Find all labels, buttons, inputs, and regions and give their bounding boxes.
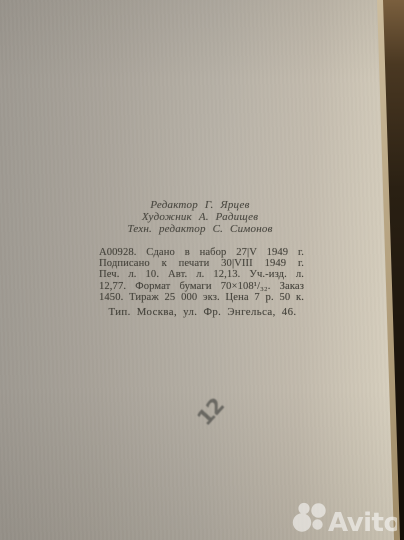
page-number-stamp: 12 xyxy=(193,394,229,430)
avito-logo-dots-icon xyxy=(293,503,326,532)
editors-block: Редактор Г. Ярцев Художник А. Радищев Те… xyxy=(80,200,320,235)
imprint-block: А00928. Сдано в набор 27|V 1949 г. Подпи… xyxy=(99,247,304,303)
imprint-line: Печ. л. 10. Авт. л. 12,13. Уч.-изд. л. xyxy=(99,269,304,280)
printer-address: Тип. Москва, ул. Фр. Энгельса, 46. xyxy=(80,306,325,318)
book-photo: Редактор Г. Ярцев Художник А. Радищев Те… xyxy=(0,0,404,540)
avito-wordmark: Avito xyxy=(328,508,397,538)
imprint-line: А00928. Сдано в набор 27|V 1949 г. xyxy=(99,247,304,258)
avito-watermark: Avito xyxy=(281,494,397,540)
imprint-line: 1450. Тираж 25 000 экз. Цена 7 р. 50 к. xyxy=(99,292,304,303)
imprint-line: 12,77. Формат бумаги 70×108¹/₃₂. Заказ xyxy=(99,281,304,292)
artist-line: Художник А. Радищев xyxy=(80,212,320,224)
colophon-page: Редактор Г. Ярцев Художник А. Радищев Те… xyxy=(0,0,404,540)
editor-line: Редактор Г. Ярцев xyxy=(80,200,320,212)
tech-editor-line: Техн. редактор С. Симонов xyxy=(80,224,320,236)
imprint-line: Подписано к печати 30|VIII 1949 г. xyxy=(99,258,304,269)
